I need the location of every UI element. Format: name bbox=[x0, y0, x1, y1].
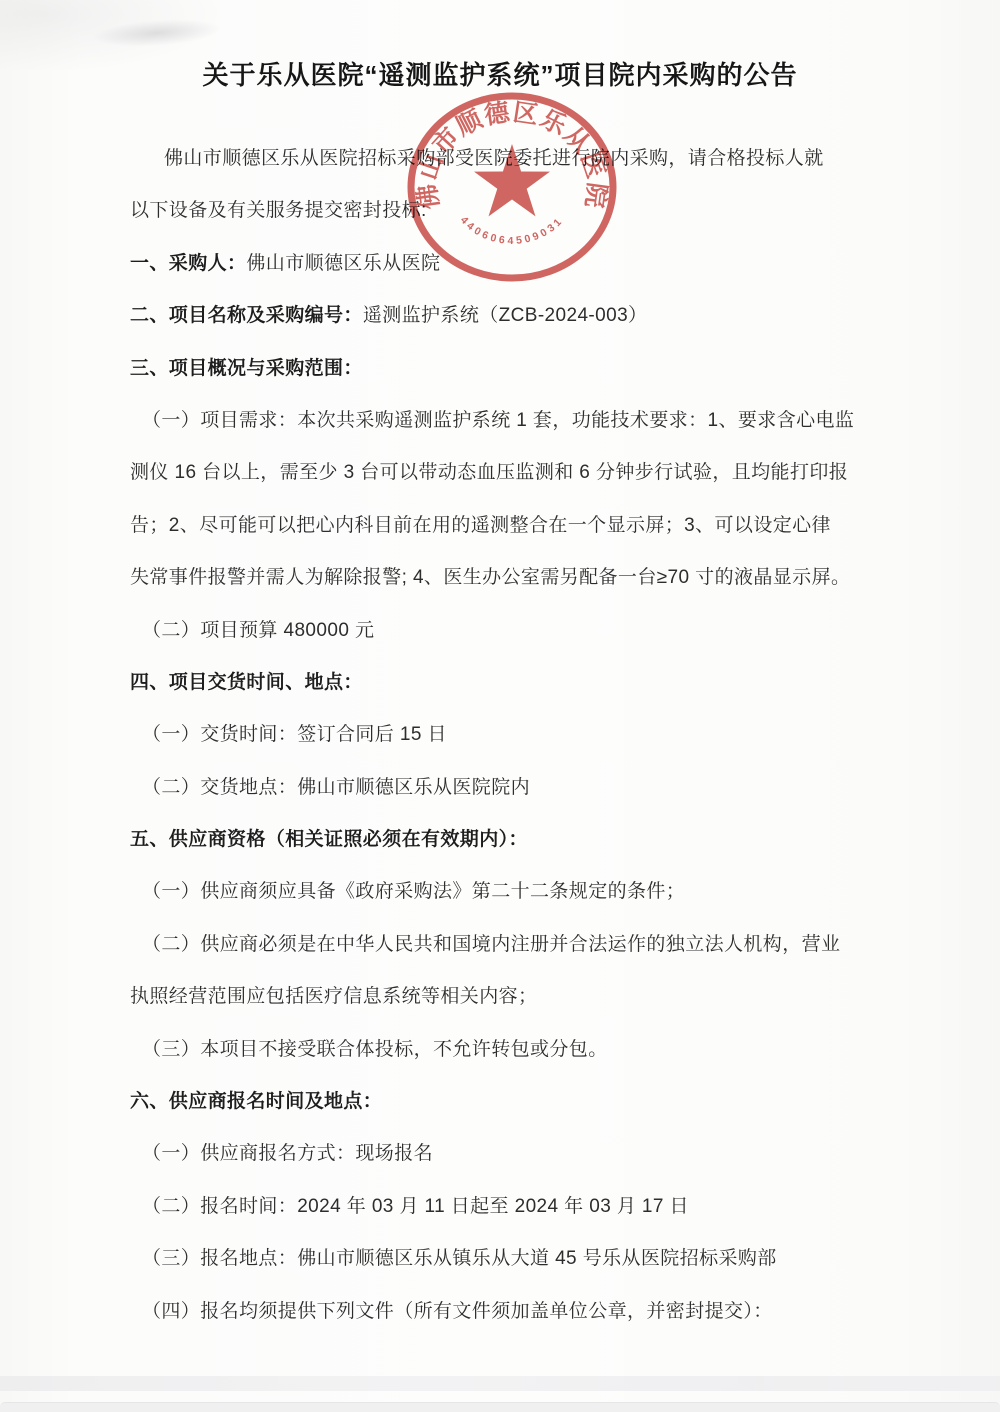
doc-line: （二）报名时间：2024 年 03 月 11 日起至 2024 年 03 月 1… bbox=[130, 1181, 872, 1233]
line-bold: 六、供应商报名时间及地点： bbox=[130, 1091, 382, 1112]
doc-line-section: 六、供应商报名时间及地点： bbox=[130, 1076, 872, 1128]
line-text: 以下设备及有关服务提交密封投标: bbox=[130, 200, 427, 221]
line-text: （三）本项目不接受联合体投标，不允许转包或分包。 bbox=[142, 1039, 608, 1060]
doc-line: （三）报名地点：佛山市顺德区乐从镇乐从大道 45 号乐从医院招标采购部 bbox=[130, 1233, 872, 1285]
line-text: 告；2、尽可能可以把心内科目前在用的遥测整合在一个显示屏；3、可以设定心律 bbox=[130, 515, 831, 536]
doc-line: （一）交货时间：签订合同后 15 日 bbox=[130, 709, 872, 761]
line-text: （一）项目需求：本次共采购遥测监护系统 1 套，功能技术要求：1、要求含心电监 bbox=[142, 410, 854, 431]
scan-page-edge bbox=[0, 1402, 1000, 1412]
doc-line: 失常事件报警并需人为解除报警; 4、医生办公室需另配备一台≥70 寸的液晶显示屏… bbox=[130, 552, 872, 604]
line-text: （二）报名时间：2024 年 03 月 11 日起至 2024 年 03 月 1… bbox=[142, 1196, 689, 1217]
doc-line: （一）供应商报名方式：现场报名 bbox=[130, 1128, 872, 1180]
document-page: 关于乐从医院“遥测监护系统”项目院内采购的公告 佛山市顺德区乐从医院招标采购部受… bbox=[0, 0, 1000, 1412]
line-bold: 三、项目概况与采购范围： bbox=[130, 358, 363, 379]
page-title: 关于乐从医院“遥测监护系统”项目院内采购的公告 bbox=[0, 55, 1000, 92]
doc-line: （二）项目预算 480000 元 bbox=[130, 605, 872, 657]
scan-artifact-band bbox=[0, 1376, 1000, 1391]
line-text: （二）项目预算 480000 元 bbox=[142, 620, 374, 641]
doc-line: （二）交货地点：佛山市顺德区乐从医院院内 bbox=[130, 762, 872, 814]
line-text: （一）供应商报名方式：现场报名 bbox=[142, 1143, 433, 1164]
line-bold: 二、项目名称及采购编号： bbox=[130, 305, 363, 326]
doc-line: 二、项目名称及采购编号：遥测监护系统（ZCB-2024-003） bbox=[130, 290, 872, 342]
line-bold: 五、供应商资格（相关证照必须在有效期内）： bbox=[130, 829, 528, 850]
line-text: 失常事件报警并需人为解除报警; 4、医生办公室需另配备一台≥70 寸的液晶显示屏… bbox=[130, 567, 850, 588]
doc-line-section: 五、供应商资格（相关证照必须在有效期内）： bbox=[130, 814, 872, 866]
line-text: （一）交货时间：签订合同后 15 日 bbox=[142, 724, 447, 745]
doc-line-section: 三、项目概况与采购范围： bbox=[130, 343, 872, 395]
line-text: （二）交货地点：佛山市顺德区乐从医院院内 bbox=[142, 777, 530, 798]
star-icon bbox=[474, 144, 550, 216]
seal-code-text: 4406064509031 bbox=[458, 214, 566, 247]
doc-line: 告；2、尽可能可以把心内科目前在用的遥测整合在一个显示屏；3、可以设定心律 bbox=[130, 500, 872, 552]
document-body: 佛山市顺德区乐从医院招标采购部受医院委托进行院内采购，请合格投标人就 以下设备及… bbox=[130, 133, 872, 1338]
doc-line: （二）供应商必须是在中华人民共和国境内注册并合法运作的独立法人机构，营业 bbox=[130, 919, 872, 971]
line-text: 测仪 16 台以上，需至少 3 台可以带动态血压监测和 6 分钟步行试验，且均能… bbox=[130, 462, 848, 483]
doc-line: （一）供应商须应具备《政府采购法》第二十二条规定的条件； bbox=[130, 866, 872, 918]
line-text: （四）报名均须提供下列文件（所有文件须加盖单位公章，并密封提交）： bbox=[142, 1301, 773, 1322]
line-text: 遥测监护系统（ZCB-2024-003） bbox=[363, 305, 648, 326]
doc-line: （四）报名均须提供下列文件（所有文件须加盖单位公章，并密封提交）： bbox=[130, 1286, 872, 1338]
doc-line: 执照经营范围应包括医疗信息系统等相关内容； bbox=[130, 971, 872, 1023]
doc-line: （三）本项目不接受联合体投标，不允许转包或分包。 bbox=[130, 1024, 872, 1076]
doc-line: （一）项目需求：本次共采购遥测监护系统 1 套，功能技术要求：1、要求含心电监 bbox=[130, 395, 872, 447]
doc-line: 测仪 16 台以上，需至少 3 台可以带动态血压监测和 6 分钟步行试验，且均能… bbox=[130, 447, 872, 499]
doc-line-section: 四、项目交货时间、地点： bbox=[130, 657, 872, 709]
line-text: 执照经营范围应包括医疗信息系统等相关内容； bbox=[130, 986, 537, 1007]
line-text: （二）供应商必须是在中华人民共和国境内注册并合法运作的独立法人机构，营业 bbox=[142, 934, 840, 955]
line-text: （三）报名地点：佛山市顺德区乐从镇乐从大道 45 号乐从医院招标采购部 bbox=[142, 1248, 777, 1269]
line-bold: 一、采购人： bbox=[130, 253, 246, 274]
official-seal: 佛山市顺德区乐从医院 4406064509031 bbox=[405, 88, 619, 286]
line-text: （一）供应商须应具备《政府采购法》第二十二条规定的条件； bbox=[142, 881, 685, 902]
line-bold: 四、项目交货时间、地点： bbox=[130, 672, 363, 693]
